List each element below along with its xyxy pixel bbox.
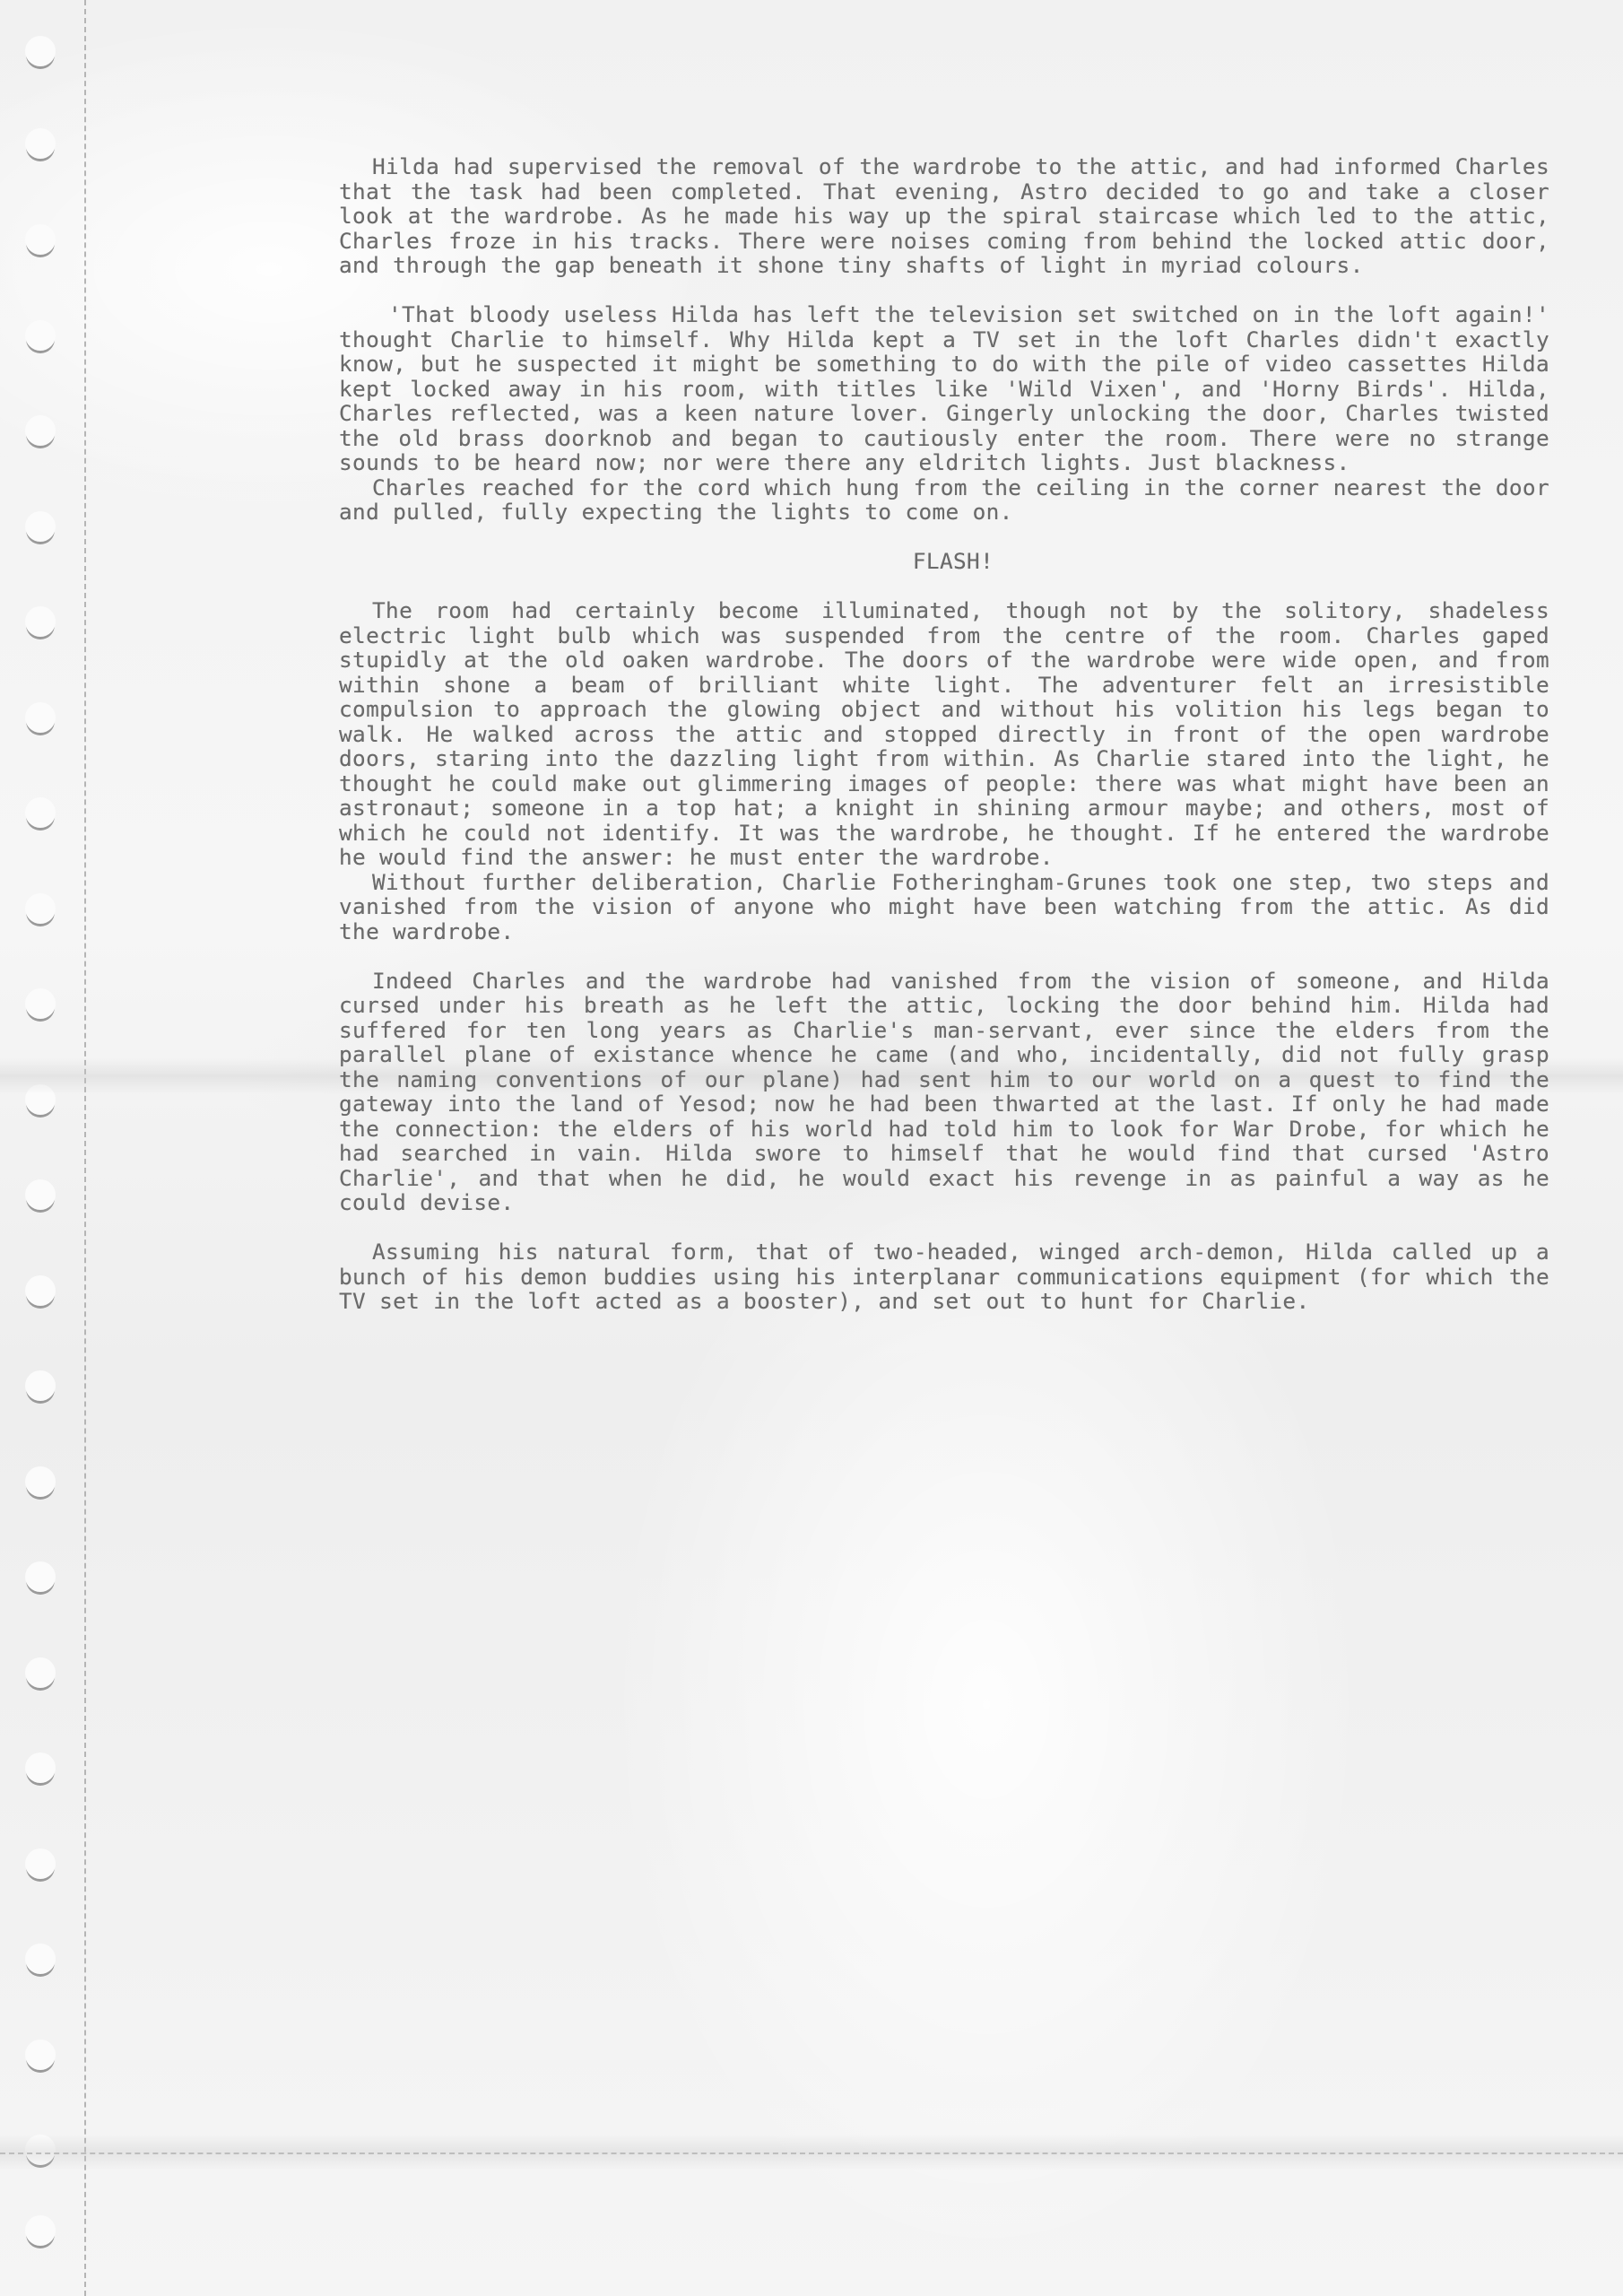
sprocket-hole	[25, 224, 56, 255]
printed-page: Hilda had supervised the removal of the …	[339, 154, 1549, 1314]
paragraph: 'That bloody useless Hilda has left the …	[339, 302, 1549, 475]
sprocket-hole	[25, 36, 56, 66]
sprocket-hole	[25, 1848, 56, 1879]
paragraph: The room had certainly become illuminate…	[339, 598, 1549, 870]
sprocket-hole	[25, 1944, 56, 1974]
sprocket-hole	[25, 988, 56, 1019]
sprocket-hole	[25, 1370, 56, 1401]
paragraph: Without further deliberation, Charlie Fo…	[339, 870, 1549, 944]
paragraph: Hilda had supervised the removal of the …	[339, 154, 1549, 278]
sprocket-hole	[25, 2215, 56, 2246]
sprocket-hole	[25, 1275, 56, 1306]
sprocket-hole	[25, 1561, 56, 1592]
sprocket-hole	[25, 893, 56, 924]
sprocket-hole	[25, 797, 56, 828]
sprocket-hole	[25, 1179, 56, 1210]
sprocket-hole	[25, 415, 56, 446]
sprocket-hole	[25, 320, 56, 351]
paragraph: Assuming his natural form, that of two-h…	[339, 1239, 1549, 1314]
sprocket-hole	[25, 511, 56, 542]
sprocket-hole	[25, 702, 56, 733]
sprocket-hole	[25, 1657, 56, 1688]
paragraph: Charles reached for the cord which hung …	[339, 475, 1549, 525]
paragraph: Indeed Charles and the wardrobe had vani…	[339, 969, 1549, 1215]
perforation-line	[84, 0, 86, 2296]
page-fold-perforation	[0, 2152, 1623, 2154]
sprocket-hole	[25, 1752, 56, 1783]
sprocket-hole	[25, 2039, 56, 2070]
section-heading: FLASH!	[339, 549, 1549, 574]
sprocket-hole	[25, 1466, 56, 1497]
sprocket-hole	[25, 128, 56, 159]
sprocket-hole	[25, 606, 56, 637]
tractor-feed-strip	[0, 0, 85, 2296]
